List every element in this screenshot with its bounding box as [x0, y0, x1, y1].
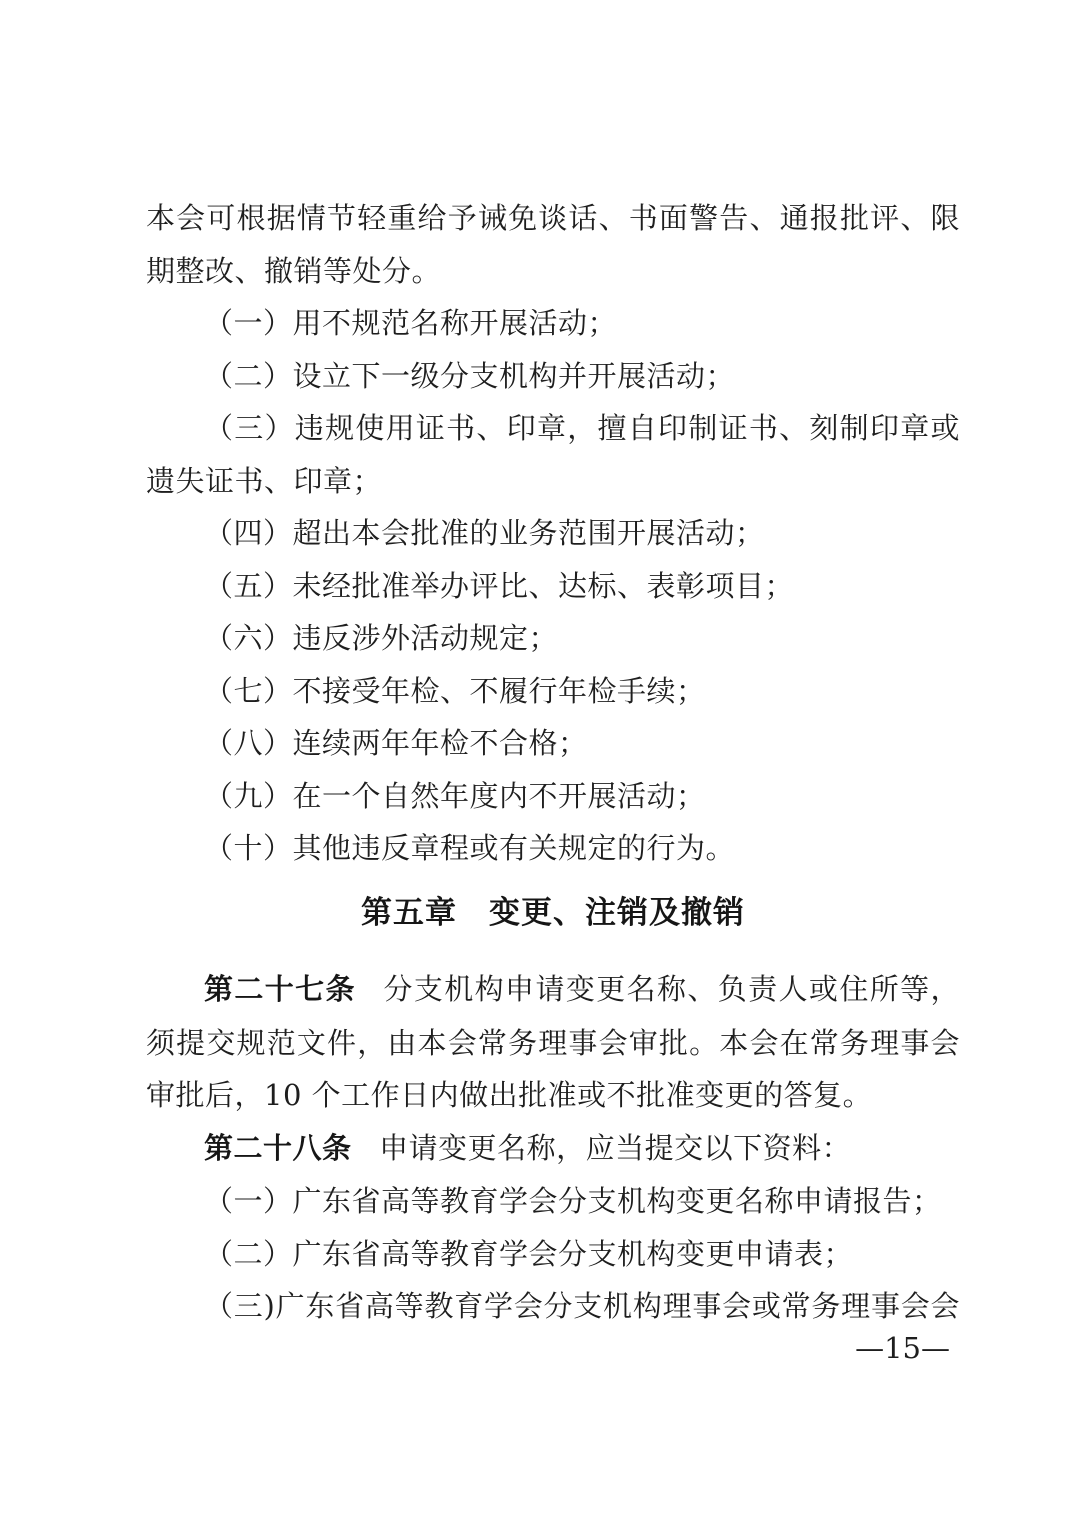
article-28-text: 申请变更名称，应当提交以下资料：: [379, 1131, 851, 1165]
intro-paragraph: 本会可根据情节轻重给予诫免谈话、书面警告、通报批评、限期整改、撤销等处分。: [146, 192, 960, 297]
violation-item-10: （十）其他违反章程或有关规定的行为。: [146, 822, 960, 875]
change-material-item-1: （一）广东省高等教育学会分支机构变更名称申请报告；: [146, 1175, 960, 1228]
article-27: 第二十七条分支机构申请变更名称、负责人或住所等，须提交规范文件，由本会常务理事会…: [146, 963, 960, 1122]
article-28-number: 第二十八条: [204, 1133, 352, 1165]
violation-item-4: （四）超出本会批准的业务范围开展活动；: [146, 507, 960, 560]
change-material-item-3: （三)广东省高等教育学会分支机构理事会或常务理事会会: [146, 1280, 960, 1333]
violation-item-6: （六）违反涉外活动规定；: [146, 612, 960, 665]
violation-item-1: （一）用不规范名称开展活动；: [146, 297, 960, 350]
violation-item-2: （二）设立下一级分支机构并开展活动；: [146, 350, 960, 403]
violation-item-5: （五）未经批准举办评比、达标、表彰项目；: [146, 560, 960, 613]
violation-item-9: （九）在一个自然年度内不开展活动；: [146, 770, 960, 823]
violation-item-3: （三）违规使用证书、印章，擅自印制证书、刻制印章或遗失证书、印章；: [146, 402, 960, 507]
article-28: 第二十八条申请变更名称，应当提交以下资料：: [146, 1122, 960, 1176]
chapter-heading: 第五章 变更、注销及撤销: [146, 887, 960, 940]
change-material-item-2: （二）广东省高等教育学会分支机构变更申请表；: [146, 1228, 960, 1281]
violation-item-7: （七）不接受年检、不履行年检手续；: [146, 665, 960, 718]
page-number: —15—: [855, 1328, 950, 1368]
document-page: 本会可根据情节轻重给予诫免谈话、书面警告、通报批评、限期整改、撤销等处分。 （一…: [0, 0, 1080, 1528]
article-27-number: 第二十七条: [204, 974, 356, 1006]
violation-item-8: （八）连续两年年检不合格；: [146, 717, 960, 770]
document-body: 本会可根据情节轻重给予诫免谈话、书面警告、通报批评、限期整改、撤销等处分。 （一…: [146, 192, 960, 1333]
